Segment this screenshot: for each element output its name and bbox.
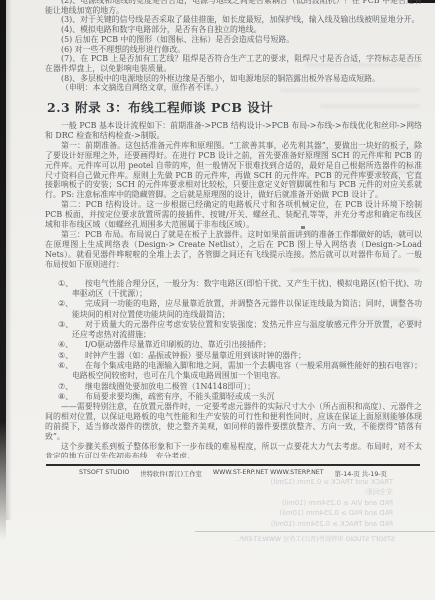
checklist-item: (5) 后加在 PCB 中的图形（如图标、注标）是否会造成信号短路。 <box>45 35 422 45</box>
rule-text: 布局要求要均衡，疏密有序，不能头重脚轻或成一头沉 <box>85 392 274 401</box>
scanner-edge-shadow <box>6 0 12 520</box>
layout-rule-item: ⑤、 时钟产生器（如：晶振或钟振）要尽量靠近用到该时钟的器件； <box>45 351 422 361</box>
source-note-wrap: （申明：本文摘选自网络文章，原作者不详。） <box>45 83 422 93</box>
body-paragraph: 第三：PCB 布局。布局说白了就是在板子上放器件。这时如果前面讲到的准备工作都做… <box>45 230 422 270</box>
section-heading: 2.3 附录 3：布线工程师谈 PCB 设计 <box>47 100 422 115</box>
rule-number-marker: ⑥、 <box>58 361 73 371</box>
rule-number-marker: ①、 <box>58 279 73 289</box>
layout-rule-item: ③、 对于质量大的元器件应考虑安装位置和安装强度；发热元件应与温度敏感元件分开放… <box>45 320 422 341</box>
rule-number-marker: ⑤、 <box>58 351 73 361</box>
rule-number-marker: ④、 <box>58 340 73 350</box>
closing-paragraph: ——需要特别注意，在放置元器件时，一定要考虑元器件的实际尺寸大小（所占面积和高度… <box>45 402 422 442</box>
body-paragraph: 第一：前期准备。这包括准备元件库和原理图。“工欲善其事，必先利其器”，要做出一块… <box>45 141 422 200</box>
rule-text: 在每个集成电路的电源输入脚和地之间，需加一个去耦电容（一般采用高频性能好的独石电… <box>72 361 422 380</box>
layout-rules-list: ①、 按电气性能合理分区，一般分为：数字电路区(即怕干扰、又产生干扰)、模拟电路… <box>45 279 422 403</box>
source-note: （申明：本文摘选自网络文章，原作者不详。） <box>45 83 422 93</box>
layout-rule-item: ②、 完成同一功能的电路，应尽量靠近放置，并调整各元器件以保证连线最为简洁；同时… <box>45 299 422 320</box>
rule-text: 按电气性能合理分区，一般分为：数字电路区(即怕干扰、又产生干扰)、模拟电路区(怕… <box>72 279 422 298</box>
bleedthrough-line: TRACK and TRACK ≥ 0.3mm (12mil) <box>188 477 393 487</box>
checklist-item: (3)、对于关键的信号线是否采取了最佳措施，如长度最短，加保护线，输入线及输出线… <box>45 15 422 25</box>
page-body: (2)、电源线和地线的宽度是否合适，电源与地线之间是否紧耦合（低的波阻抗）？在 … <box>45 0 422 458</box>
checklist-item: (6) 对一些不理想的线形进行修改。 <box>45 45 422 55</box>
body-paragraph: 一般 PCB 基本设计流程如下：前期准备->PCB 结构设计->PCB 布局->… <box>45 121 422 141</box>
closing-paragraph: 这个步骤关系到板子整体形象和下一步布线的难易程度，所以一点要花大力气去考虑。布局… <box>45 442 422 458</box>
footer-studio: STSOFT STUDIO <box>79 469 129 478</box>
rule-text: 对于质量大的元器件应考虑安装位置和安装强度；发热元件应与温度敏感元件分开放置，必… <box>72 320 422 339</box>
layout-rule-item: ⑧、 布局要求要均衡，疏密有序，不能头重脚轻或成一头沉 <box>45 392 422 402</box>
layout-rule-item: ⑥、 在每个集成电路的电源输入脚和地之间，需加一个去耦电容（一般采用高频性能好的… <box>45 361 422 382</box>
scanned-document-page: (2)、电源线和地线的宽度是否合适，电源与地线之间是否紧耦合（低的波阻抗）？在 … <box>0 0 435 600</box>
rule-text: 完成同一功能的电路，应尽量靠近放置，并调整各元器件以保证连线最为简洁；同时，调整… <box>72 299 422 318</box>
bleedthrough-line: PAD and VIA ≥ 0.254mm (10mil) <box>188 498 393 508</box>
rule-number-marker: ③、 <box>58 320 73 330</box>
body-paragraph: 第二：PCB 结构设计。这一步根据已经确定的电路板尺寸和各项机械定位，在 PCB… <box>45 200 422 230</box>
bleedthrough-line: PAD and PAD ≥ 0.254mm (10mil) <box>188 508 393 518</box>
body-paragraphs: 一般 PCB 基本设计流程如下：前期准备->PCB 结构设计->PCB 布局->… <box>45 121 422 270</box>
rule-text: 时钟产生器（如：晶振或钟振）要尽量靠近用到该时钟的器件； <box>85 351 306 360</box>
bleedthrough-text: TRACK and TRACK ≥ 0.3mm (12mil)安全间距：PAD … <box>188 477 393 529</box>
bleedthrough-line: 安全间距： <box>188 487 393 497</box>
checklist-item: (8)、多层板中的电源地层的外框边缘是否缩小，如电源地层的铜箔露出板外容易造成短… <box>45 74 422 84</box>
bleedthrough-footer: STSOFT STUDIO 世特软件(晋江)工作室 WWW.ST-ERP... <box>195 531 435 543</box>
page-footer: STSOFT STUDIO 世特软件(晋江)工作室 WWW.ST-ERP.NET… <box>46 464 420 478</box>
checklist-item: (4)、模拟电路和数字电路部分，是否有各自独立的地线。 <box>45 25 422 35</box>
checklist-item: (2)、电源线和地线的宽度是否合适，电源与地线之间是否紧耦合（低的波阻抗）？在 … <box>45 0 422 15</box>
rule-text: I/O驱动器件尽量靠近印刷板的边、靠近引出接插件； <box>85 340 271 349</box>
closing-paragraphs: ——需要特别注意，在放置元器件时，一定要考虑元器件的实际尺寸大小（所占面积和高度… <box>45 402 422 458</box>
footer-rule <box>46 464 420 466</box>
pcb-checklist: (2)、电源线和地线的宽度是否合适，电源与地线之间是否紧耦合（低的波阻抗）？在 … <box>45 0 422 83</box>
layout-rule-item: ①、 按电气性能合理分区，一般分为：数字电路区(即怕干扰、又产生干扰)、模拟电路… <box>45 279 422 300</box>
rule-number-marker: ⑦、 <box>58 382 73 392</box>
layout-rule-item: ④、 I/O驱动器件尽量靠近印刷板的边、靠近引出接插件； <box>45 340 422 350</box>
rule-number-marker: ②、 <box>58 299 73 309</box>
layout-rule-item: ⑦、 继电器线圈处要加放电二极管（1N4148即可）； <box>45 382 422 392</box>
rule-text: 继电器线圈处要加放电二极管（1N4148即可）； <box>85 382 255 391</box>
rule-number-marker: ⑧、 <box>58 392 73 402</box>
bleedthrough-line: PAD and TRACK ≥ 0.254mm (10mil) <box>188 519 393 529</box>
checklist-item: (7)、在 PCB 上是否加有工艺线？阻焊是否符合生产工艺的要求，阻焊尺寸是否合… <box>45 54 422 73</box>
